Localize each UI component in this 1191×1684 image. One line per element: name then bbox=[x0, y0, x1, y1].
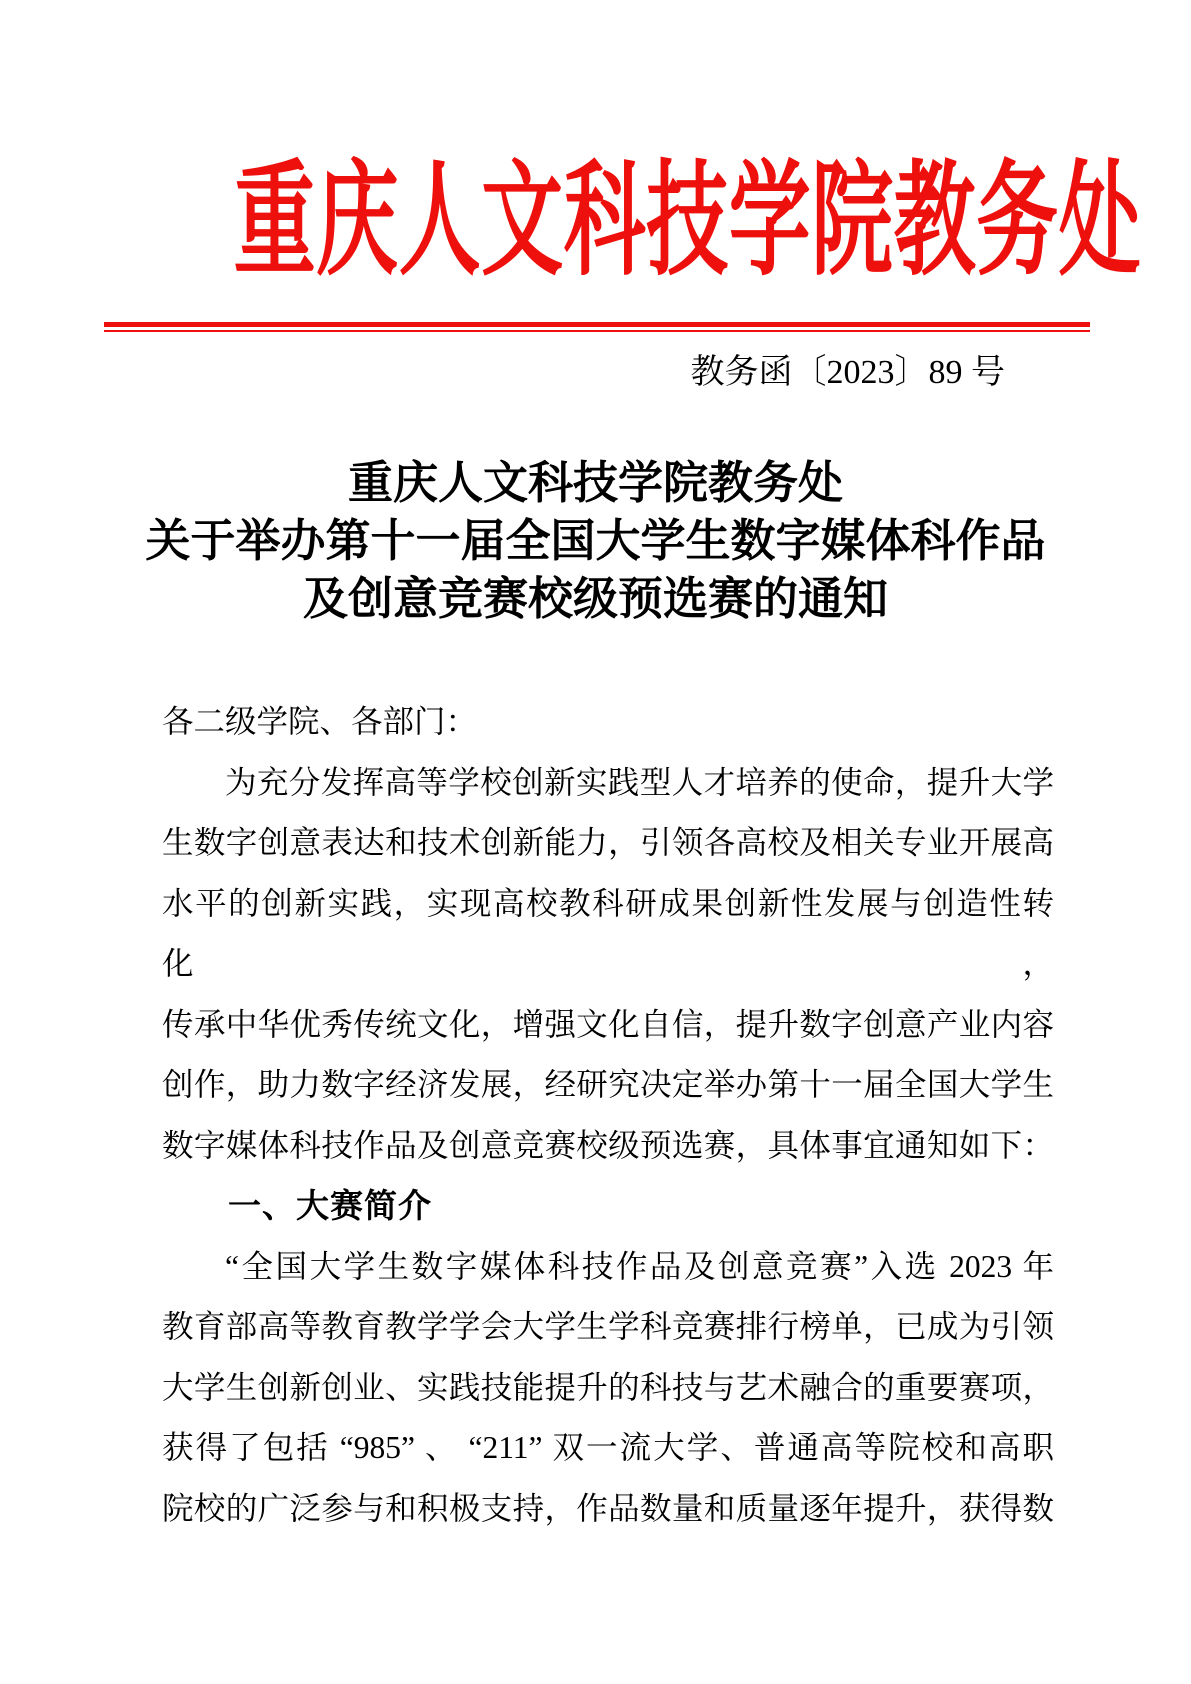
letterhead: 重庆人文科技学院教务处 bbox=[0, 146, 1191, 297]
notice-title: 重庆人文科技学院教务处 关于举办第十一届全国大学生数字媒体科作品 及创意竞赛校级… bbox=[0, 454, 1191, 628]
body-line: 院校的广泛参与和积极支持，作品数量和质量逐年提升，获得数 bbox=[162, 1479, 1054, 1540]
body-line: 创作，助力数字经济发展，经研究决定举办第十一届全国大学生 bbox=[162, 1055, 1054, 1116]
section-heading: 一、大赛简介 bbox=[162, 1176, 1054, 1237]
letterhead-org-name: 重庆人文科技学院教务处 bbox=[234, 146, 1142, 297]
header-divider bbox=[104, 322, 1090, 332]
body-line: 传承中华优秀传统文化，增强文化自信，提升数字创意产业内容 bbox=[162, 995, 1054, 1056]
salutation: 各二级学院、各部门： bbox=[162, 692, 1054, 753]
body-line: 为充分发挥高等学校创新实践型人才培养的使命，提升大学 bbox=[162, 753, 1054, 814]
body-line: 大学生创新创业、实践技能提升的科技与艺术融合的重要赛项， bbox=[162, 1358, 1054, 1419]
body-line: “全国大学生数字媒体科技作品及创意竞赛”入选 2023 年 bbox=[162, 1237, 1054, 1298]
title-line-2: 关于举办第十一届全国大学生数字媒体科作品 bbox=[0, 512, 1191, 570]
doc-number: 教务函〔2023〕89 号 bbox=[691, 350, 1006, 396]
divider-thick-line bbox=[104, 322, 1090, 327]
body-line: 生数字创意表达和技术创新能力，引领各高校及相关专业开展高 bbox=[162, 813, 1054, 874]
body-line: 获得了包括 “985” 、 “211” 双一流大学、普通高等院校和高职 bbox=[162, 1418, 1054, 1479]
notice-body: 各二级学院、各部门： 为充分发挥高等学校创新实践型人才培养的使命，提升大学 生数… bbox=[162, 692, 1054, 1539]
title-line-3: 及创意竞赛校级预选赛的通知 bbox=[0, 570, 1191, 628]
body-line: 教育部高等教育教学学会大学生学科竞赛排行榜单，已成为引领 bbox=[162, 1297, 1054, 1358]
document-page: 重庆人文科技学院教务处 教务函〔2023〕89 号 重庆人文科技学院教务处 关于… bbox=[0, 0, 1191, 1684]
divider-thin-line bbox=[104, 330, 1090, 332]
body-line: 水平的创新实践，实现高校教科研成果创新性发展与创造性转化， bbox=[162, 874, 1054, 995]
title-line-1: 重庆人文科技学院教务处 bbox=[0, 454, 1191, 512]
body-line: 数字媒体科技作品及创意竞赛校级预选赛，具体事宜通知如下： bbox=[162, 1116, 1054, 1177]
